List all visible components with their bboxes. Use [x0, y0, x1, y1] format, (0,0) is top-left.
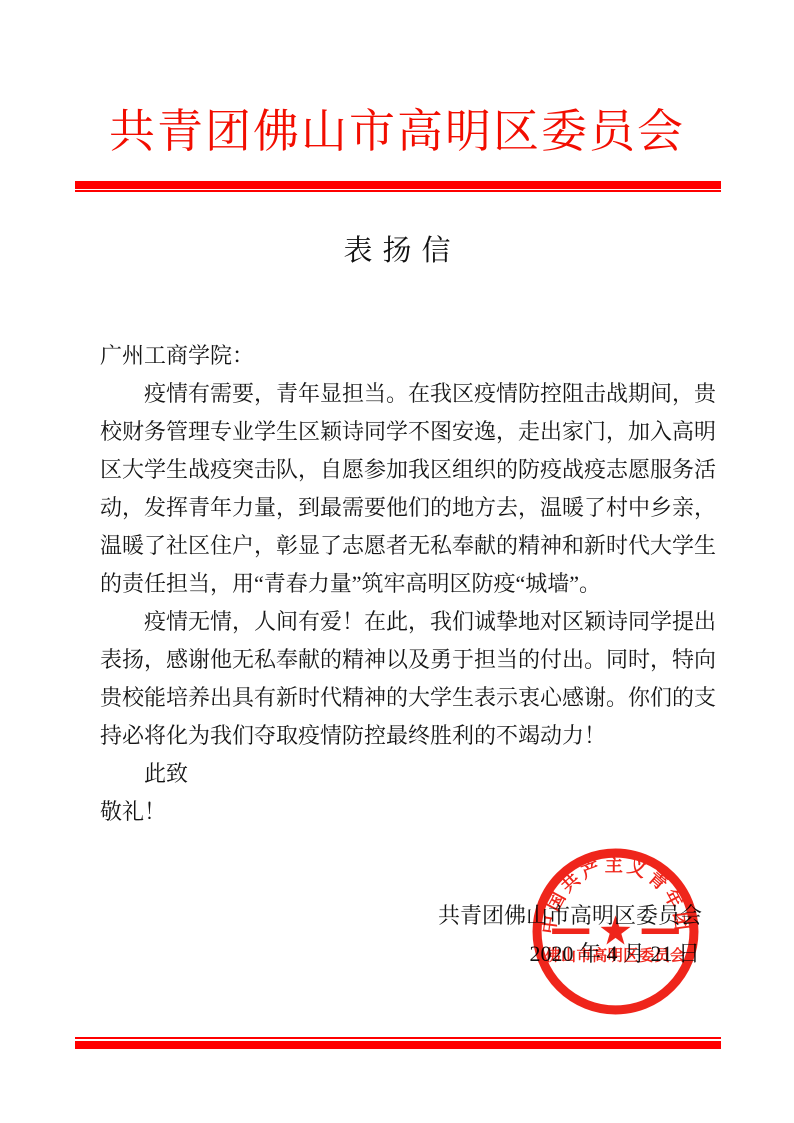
body-line: 的责任担当，用“青春力量”筑牢高明区防疫“城墙”。 [100, 565, 716, 603]
letterhead-rule-thin [75, 190, 721, 192]
body-line: 疫情有需要，青年显担当。在我区疫情防控阻击战期间，贵 [100, 375, 716, 413]
body-line: 动，发挥青年力量，到最需要他们的地方去，温暖了村中乡亲， [100, 489, 716, 527]
recipient-line: 广州工商学院： [100, 337, 716, 375]
body-line: 贵校能培养出具有新时代精神的大学生表示衷心感谢。你们的支 [100, 679, 716, 717]
body-line: 表扬，感谢他无私奉献的精神以及勇于担当的付出。同时，特向 [100, 641, 716, 679]
seal-left-bar [552, 928, 589, 934]
seal-name-text: 佛山市高明区委员会 [545, 947, 685, 965]
closing-jingli: 敬礼！ [100, 793, 716, 831]
body-line: 持必将化为我们夺取疫情防控最终胜利的不竭动力！ [100, 717, 716, 755]
document-title: 表扬信 [0, 232, 794, 270]
closing-cizhi: 此致 [100, 755, 716, 793]
letter-page: 共青团佛山市高明区委员会 表扬信 广州工商学院： 疫情有需要，青年显担当。在我区… [0, 0, 794, 1123]
letterhead-org-name: 共青团佛山市高明区委员会 [0, 104, 794, 160]
body-line: 疫情无情，人间有爱！在此，我们诚挚地对区颖诗同学提出 [100, 603, 716, 641]
letterhead-rule-thick [75, 181, 721, 189]
letterhead-rule [75, 181, 721, 192]
body-line: 温暖了社区住户，彰显了志愿者无私奉献的精神和新时代大学生 [100, 527, 716, 565]
footer-rule-thick [75, 1041, 721, 1049]
seal-right-bar [642, 928, 679, 934]
star-icon [601, 915, 631, 944]
letter-body: 广州工商学院： 疫情有需要，青年显担当。在我区疫情防控阻击战期间，贵 校财务管理… [100, 337, 716, 831]
body-line: 校财务管理专业学生区颖诗同学不图安逸，走出家门，加入高明 [100, 413, 716, 451]
footer-rule [75, 1037, 721, 1049]
body-line: 区大学生战疫突击队，自愿参加我区组织的防疫战疫志愿服务活 [100, 451, 716, 489]
official-seal: 中国共产主义青年团 佛山市高明区委员会 [529, 845, 702, 1018]
